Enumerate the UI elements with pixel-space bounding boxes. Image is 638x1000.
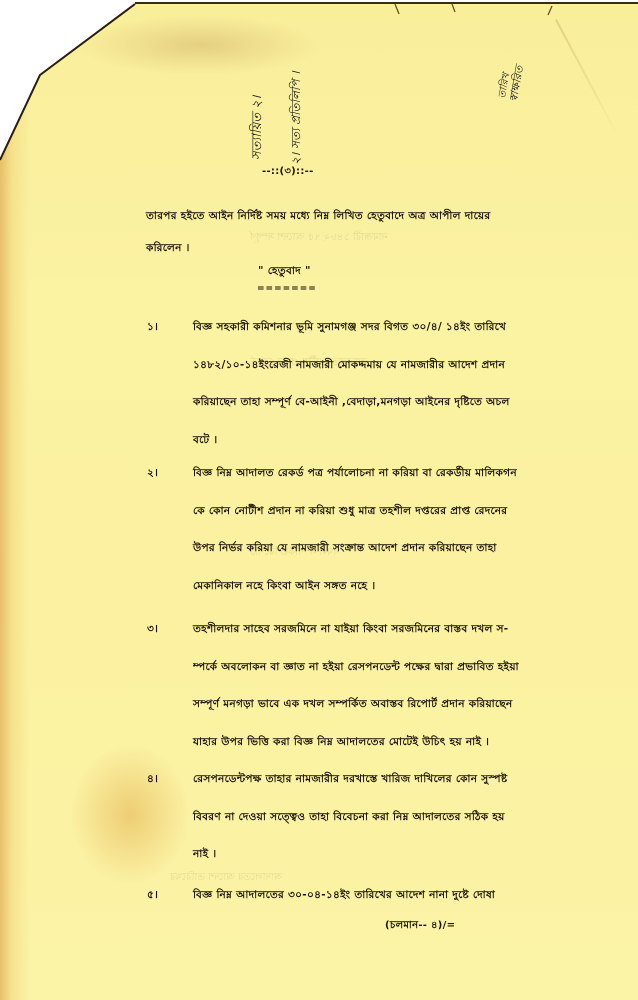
handwritten-note-true-copy: ২। সত্য প্রতিলিপি । [288,71,308,165]
bleed-through-text: নামজারী ১৪৮২ ৭৫ আদেশ সম্পূর্ণ [250,230,387,247]
ground-number: ৩। [147,622,158,639]
heading-underline: ======= [257,284,317,294]
ground-text-line: উপর নির্ভর করিয়া যে নামজারী সংক্রান্ত আ… [193,541,497,558]
aged-paper-page [0,0,638,1000]
ground-text-line: যাহার উপর ভিত্তি করা বিজ্ঞ নিম্ন আদালতের… [193,735,489,752]
section-heading: " হেতুবাদ " [258,264,311,281]
ground-number: ২। [147,466,158,483]
ground-text-line: ১৪৮২/১০-১৪ইংরেজী নামজারী মোকদ্দমায় যে ন… [193,358,505,375]
ground-text-line: রেসপনডেন্টপক্ষ তাহার নামজারীর দরখাস্তে খ… [193,772,507,789]
ground-text-line: করিয়াছেন তাহা সম্পূর্ণ বে-আইনী ,বেদাড়া… [193,395,510,412]
handwritten-note-attested: সত্যায়িত ২। [248,96,269,160]
ground-text-line: বিবরণ না দেওয়া সত্ত্বেও তাহা বিবেচনা কর… [193,810,505,827]
ground-number: ৫। [147,888,158,905]
ground-number: ১। [147,320,158,337]
intro-line-2: করিলেন । [146,241,190,258]
ground-text-line: সম্পূর্ণ মনগড়া ভাবে এক দখল সম্পর্কিত অব… [193,697,512,714]
ground-text-line: তহশীলদার সাহেব সরজমিনে না যাইয়া কিংবা স… [193,622,508,639]
ground-text-line: নাই । [193,847,216,864]
ground-text-line: বটে । [193,433,217,450]
ground-text-line: মেকানিকাল নহে কিংবা আইন সঙ্গত নহে । [193,579,375,596]
continuation-marker: (চলমান-- ৪)/= [385,918,455,935]
ground-text-line: বিজ্ঞ নিম্ন আদালত রেকর্ড পত্র পর্যালোচনা… [193,466,517,483]
ground-text-line: কে কোন নোটীশ প্রদান না করিয়া শুধু মাত্র… [193,504,507,521]
page-number-marker: --::(৩)::-- [262,164,314,181]
ground-text-line: বিজ্ঞ নিম্ন আদালতের ৩০-০৪-১৪ইং তারিখের আ… [193,888,495,905]
ground-text-line: বিজ্ঞ সহকারী কমিশনার ভূমি সুনামগঞ্জ সদর … [193,320,506,337]
ground-number: ৪। [147,772,158,789]
intro-line-1: তারপর হইতে আইন নির্দিষ্ট সময় মধ্যে নিম্… [146,209,490,226]
bleed-through-text: আদালতের আদেশ তারিখের [170,870,282,887]
ground-text-line: ম্পর্কে অবলোকন বা জ্ঞাত না হইয়া রেসপনডে… [193,660,519,677]
